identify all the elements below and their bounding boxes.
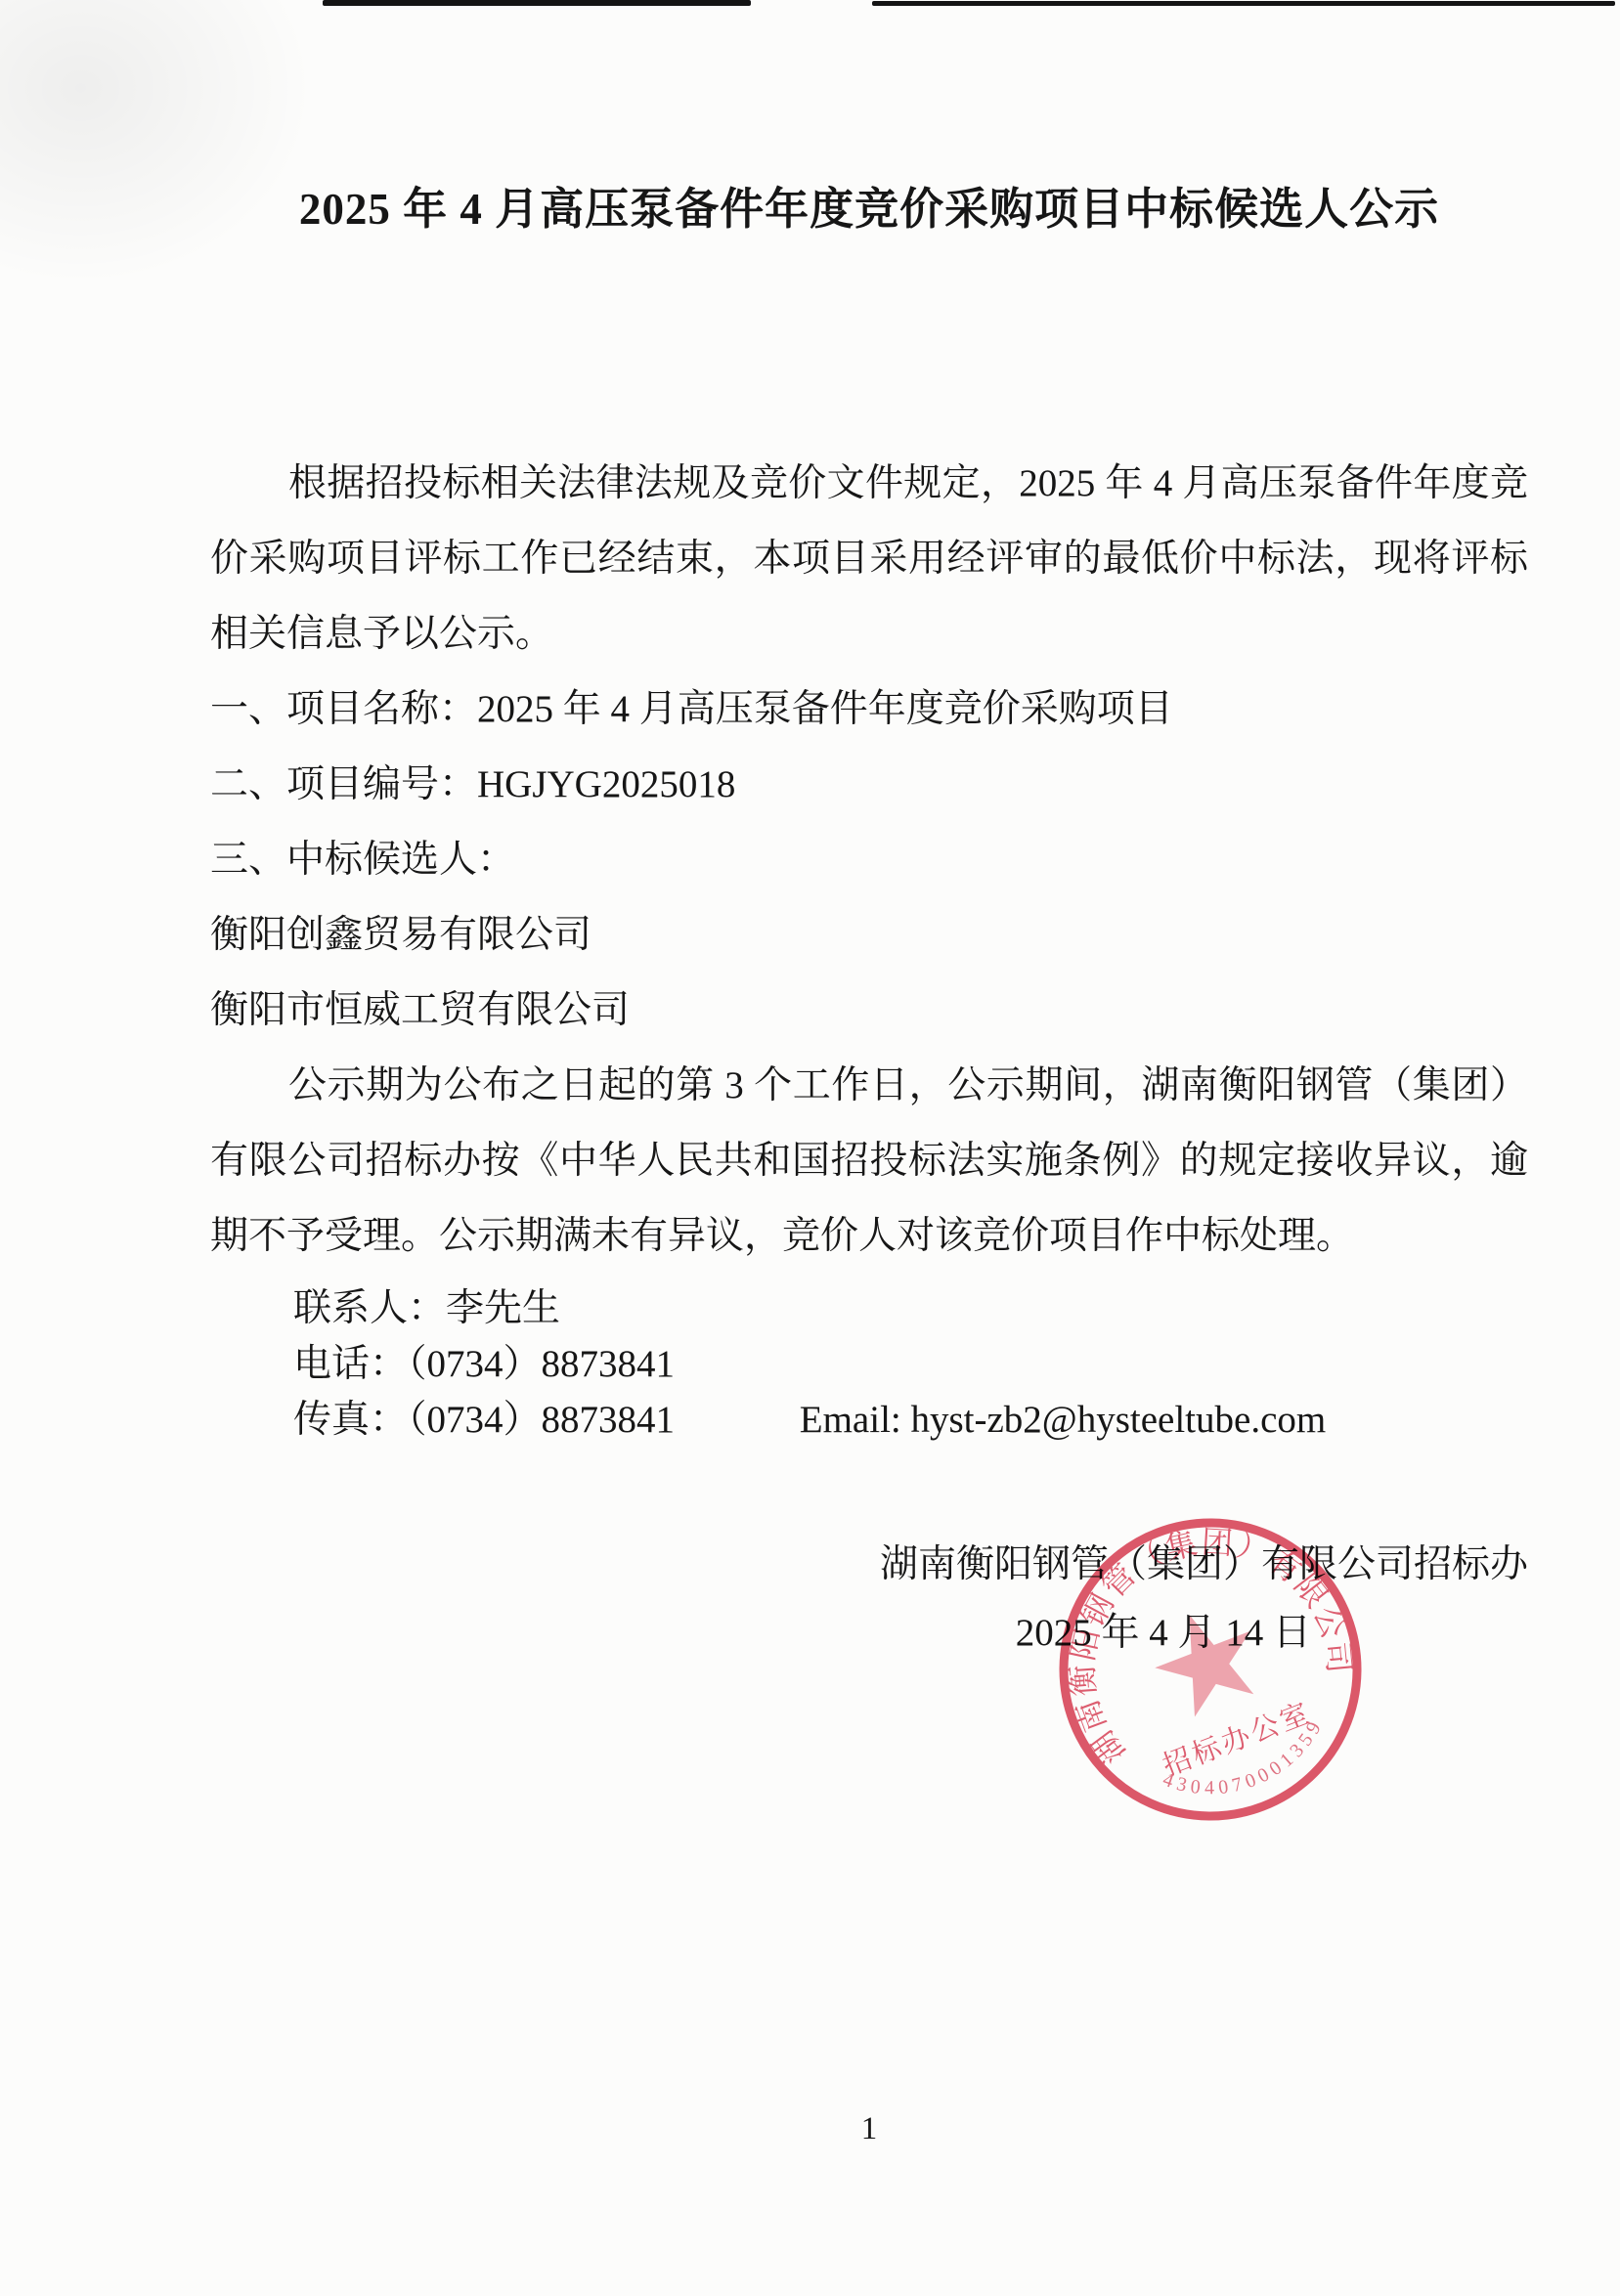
contact-block: 联系人：李先生 电话：（0734）8873841 传真：（0734）887384… [293, 1280, 1326, 1448]
document-body: 根据招投标相关法律法规及竞价文件规定，2025 年 4 月高压泵备件年度竞价采购… [210, 446, 1528, 1274]
document-title: 2025 年 4 月高压泵备件年度竞价采购项目中标候选人公示 [210, 177, 1528, 241]
official-stamp: 湖南衡阳钢管（集团）有限公司 招标办公室 4304070001359 [995, 1454, 1424, 1884]
item-candidates-label: 三、中标候选人： [210, 822, 1528, 897]
contact-phone: 电话：（0734）8873841 [293, 1336, 1326, 1392]
candidate-company-2: 衡阳市恒威工贸有限公司 [210, 973, 1528, 1048]
scan-smudge [0, 0, 323, 293]
contact-fax: 传真：（0734）8873841 [293, 1399, 675, 1441]
scan-streak-left [323, 0, 751, 6]
stamp-star [1142, 1596, 1272, 1723]
document-page: 2025 年 4 月高压泵备件年度竞价采购项目中标候选人公示 根据招投标相关法律… [0, 0, 1620, 2296]
contact-email: Email: hyst-zb2@hysteeltube.com [800, 1399, 1326, 1441]
intro-paragraph: 根据招投标相关法律法规及竞价文件规定，2025 年 4 月高压泵备件年度竞价采购… [210, 446, 1528, 671]
notice-paragraph: 公示期为公布之日起的第 3 个工作日，公示期间，湖南衡阳钢管（集团）有限公司招标… [210, 1048, 1528, 1274]
contact-person: 联系人：李先生 [293, 1280, 1326, 1336]
page-number: 1 [210, 2111, 1528, 2147]
contact-fax-line: 传真：（0734）8873841 Email: hyst-zb2@hysteel… [293, 1392, 1326, 1448]
item-project-code: 二、项目编号：HGJYG2025018 [210, 747, 1528, 822]
candidate-company-1: 衡阳创鑫贸易有限公司 [210, 897, 1528, 973]
item-project-name: 一、项目名称：2025 年 4 月高压泵备件年度竞价采购项目 [210, 671, 1528, 747]
scan-streak-right [872, 1, 1615, 6]
